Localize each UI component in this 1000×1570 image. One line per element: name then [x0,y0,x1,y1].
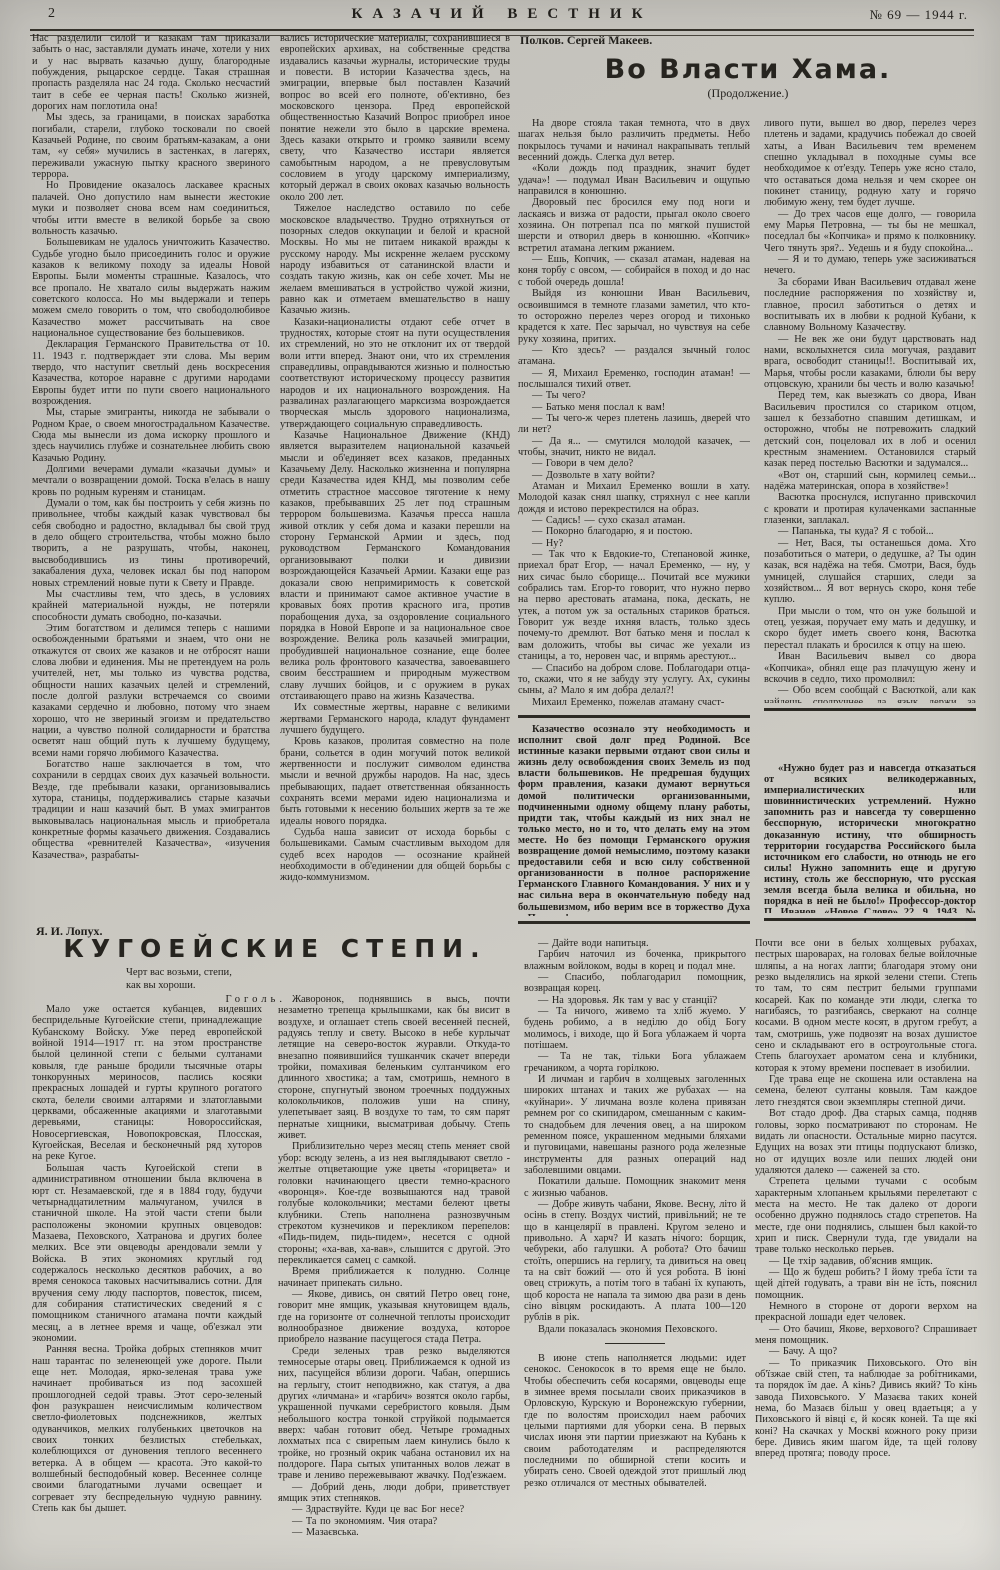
paragraph: — Говори в чем дело? [518,458,750,469]
paragraph: — Бачу. А що? [755,1346,977,1357]
paragraph: — Та ничого, живемо та хліб жуемо. У буд… [524,1006,746,1051]
paragraph: Иван Васильевич вывел со двора «Копчика»… [764,651,976,685]
paragraph: Нас разделили силой и казакам там приказ… [32,33,270,112]
steppes-column-4: Почти все они в белых холщевых рубахах, … [755,938,977,1566]
paragraph: — То приказчик Пиховського. Ото він об'ї… [755,1358,977,1460]
paragraph: Стрепета целыми тучами с особым характер… [755,1176,977,1255]
paragraph: Казачество осознало эту необходимость и … [518,724,750,916]
paragraph: Казачье Национальное Движение (КНД) явля… [280,430,510,702]
steppes-column-1: Мало уже остается кубанцев, видевших бес… [32,1004,262,1566]
paragraph: Михаил Еременко, пожелав атаману счаст- [518,697,750,708]
paragraph: Кровь казаков, пролитая совместно на пол… [280,736,510,827]
masthead: 2 КАЗАЧИЙ ВЕСТНИК № 69 — 1944 г. [32,4,972,26]
paragraph: Мы здесь, за границами, в поисках зарабо… [32,112,270,180]
paragraph: — Обо всем сообщай с Васюткой, али как н… [764,685,976,703]
paragraph: Тяжелое наследство оставило по себе моск… [280,203,510,316]
section-rule [764,918,976,921]
epigraph-line: как вы хороши. [126,979,296,992]
paragraph: — Здраствуйте. Куди це вас Бог несе? [278,1504,510,1515]
paragraph: Среди зеленых трав резко выделяются темн… [278,1346,510,1482]
epigraph-line: Черт вас возьми, степи, [126,966,296,979]
section-rule [764,708,976,711]
steppes-column-2: Жаворонок, поднявшись в высь, почти неза… [278,994,510,1566]
issue-number: № 69 — 1944 г. [869,7,968,23]
paragraph: В июне степь наполняется людьми: идет се… [524,1353,746,1489]
paragraph: Васютка проснулся, испуганно привскочил … [764,492,976,526]
paragraph: ливого пути, вышел во двор, перелез чере… [764,118,976,209]
paragraph: Думали о том, как бы построить у себя жи… [32,498,270,589]
steppes-column-3b: В июне степь наполняется людьми: идет се… [524,1353,746,1489]
article-vo-vlasti-hama: Полков. Сергей Макеев. Во Власти Хама. (… [518,30,978,101]
paragraph: Дворовый пес бросился ему под ноги и лас… [518,197,750,254]
paragraph: — Да я... — смутился молодой казачек, — … [518,436,750,459]
paragraph: Мы, старые эмигранты, никогда не забывал… [32,407,270,464]
paragraph: — Я, Михаил Еременко, господин атаман! —… [518,368,750,391]
paragraph: — Добре живуть чабани, Якове. Весну, літ… [524,1199,746,1324]
paragraph: — Ты чего-ж через плетень лазишь, дверей… [518,413,750,436]
paragraph: Богатство наше заключается в том, что со… [32,759,270,861]
paragraph: На дворе стояла такая темнота, что в дву… [518,118,750,163]
paragraph: Атаман и Михаил Еременко вошли в хату. М… [518,481,750,515]
paragraph: Большая часть Кугоейской степи в админис… [32,1163,262,1345]
paragraph: «Нужно будет раз и навсегда отказаться о… [764,763,976,913]
paragraph: Мы счастливы тем, что здесь, в условиях … [32,589,270,623]
steppes-column-3: — Дайте води напитьця.Гарбич наточил из … [524,938,746,1566]
paragraph: Время приближается к полудню. Солнце нач… [278,1266,510,1289]
quote-box: «Нужно будет раз и навсегда отказаться о… [764,763,976,913]
paragraph: — Дайте води напитьця. [524,938,746,949]
paragraph: — Покорно благодарю, я и постою. [518,526,750,537]
paragraph: Выйдя из конюшни Иван Васильевич, освоив… [518,288,750,345]
paragraph: — Ото бачиш, Якове, верхового? Спрашивае… [755,1324,977,1347]
section-rule [518,715,750,718]
paragraph: За сборами Иван Васильевич отдавал жене … [764,277,976,334]
paragraph: При мысли о том, что он уже большой и от… [764,606,976,651]
paragraph: Перед тем, как выезжать со двора, Иван В… [764,390,976,469]
paragraph: Мало уже остается кубанцев, видевших бес… [32,1004,262,1163]
paragraph: Вдали показалась экономия Пеховского. [524,1324,746,1335]
paragraph: Казаки-националисты отдают себе отчет в … [280,317,510,430]
paragraph: Вот стадо дроф. Два старых самца, подняв… [755,1108,977,1176]
paragraph: Почти все они в белых холщевых рубахах, … [755,938,977,1074]
steppes-headline: КУГОЕЙСКИЕ СТЕПИ. [60,934,490,963]
paragraph: — Садись! — сухо сказал атаман. [518,515,750,526]
paragraph: Судьба наша зависит от исхода борьбы с б… [280,827,510,884]
paragraph: Гарбич наточил из боченка, прикрытого вл… [524,949,746,972]
paragraph: — Батько меня послал к вам! [518,402,750,413]
paragraph: Большевикам не удалось уничтожить Казаче… [32,237,270,339]
paragraph: Этим богатством и делимся теперь с нашим… [32,623,270,759]
paragraph: «Вот он, старший сын, кормилец семьи... … [764,470,976,493]
paragraph: И личман и гарбич в холщевых заголенных … [524,1074,746,1176]
paragraph: — Та не так, тільки Бога ублажаем гречан… [524,1051,746,1074]
hama-column-2: ливого пути, вышел во двор, перелез чере… [764,118,976,930]
paragraph: — Ну? [518,538,750,549]
paragraph: — Ты чего? [518,390,750,401]
editorial-column-1: Нас разделили силой и казакам там приказ… [32,33,270,926]
epigraph: Черт вас возьми, степи, как вы хороши. Г… [126,966,296,1006]
paragraph: — Я и то думаю, теперь уже засиживаться … [764,254,976,277]
hama-story-right: ливого пути, вышел во двор, перелез чере… [764,118,976,703]
paragraph: — До трех часов еще долго, — говорила ем… [764,209,976,254]
paragraph: вались исторические материалы, сохранивш… [280,33,510,203]
paragraph: — Так что к Евдокие-то, Степановой жинке… [518,549,750,662]
editorial-insert: Казачество осознало эту необходимость и … [518,724,750,916]
paragraph: — Ешь, Копчик, — сказал атаман, надевая … [518,254,750,288]
paragraph: Долгими вечерами думали «казачьи думы» и… [32,464,270,498]
paragraph: — Добрий день, люди добри, приветствует … [278,1482,510,1505]
paragraph: Но Провидение оказалось ласкавее красных… [32,180,270,237]
hama-story-left: На дворе стояла такая темнота, что в дву… [518,118,750,710]
paragraph: Покатили дальше. Помощник знакомит меня … [524,1176,746,1199]
paragraph: — Та по экономиям. Чия отара? [278,1516,510,1527]
paragraph: Их совместные жертвы, наравне с великими… [280,702,510,736]
paragraph: Немного в стороне от дороги верхом на пр… [755,1301,977,1324]
hama-column-1: На дворе стояла такая темнота, что в дву… [518,118,750,930]
paragraph: — Що ж будеш робить? І йому треба їсти т… [755,1267,977,1301]
paragraph: Декларация Германского Правительства от … [32,339,270,407]
paragraph: Ранняя весна. Тройка добрых степняков мч… [32,1344,262,1514]
short-divider [605,1343,665,1344]
editorial-column-2: вались исторические материалы, сохранивш… [280,33,510,908]
paragraph: — Нет, Вася, ты останешься дома. Хто поз… [764,538,976,606]
paragraph: Где трава еще не скошена или оставлена н… [755,1074,977,1108]
steppes-column-3a: — Дайте води напитьця.Гарбич наточил из … [524,938,746,1335]
paragraph: — Спасибо на добром слове. Поблагодари о… [518,663,750,697]
paragraph: — Це тхір задавив, об'яснив ямщик. [755,1256,977,1267]
paragraph: Жаворонок, поднявшись в высь, почти неза… [278,994,510,1141]
newspaper-title: КАЗАЧИЙ ВЕСТНИК [32,6,972,23]
article-subtitle: (Продолжение.) [518,86,978,101]
paragraph: — Не век же они будут царствовать над на… [764,334,976,391]
paragraph: — Мазаєвська. [278,1527,510,1538]
paragraph: — Дозвольте в хату войти? [518,470,750,481]
newspaper-page: 2 КАЗАЧИЙ ВЕСТНИК № 69 — 1944 г. Нас раз… [0,0,1000,1570]
paragraph: Приблизительно через месяц степь меняет … [278,1141,510,1266]
section-rule [518,921,750,924]
paragraph: — Папанька, ты куда? Я с тобой... [764,526,976,537]
paragraph: — Якове, дивись, он святий Петро овец го… [278,1289,510,1346]
paragraph: — Спасибо, поблагодарил помощник, возвра… [524,972,746,995]
paragraph: «Коли дождь под праздник, значит будет у… [518,163,750,197]
article-byline: Полков. Сергей Макеев. [520,33,652,48]
paragraph: — На здоровья. Як там у вас у станції? [524,995,746,1006]
paragraph: — Кто здесь? — раздался зычный голос ата… [518,345,750,368]
